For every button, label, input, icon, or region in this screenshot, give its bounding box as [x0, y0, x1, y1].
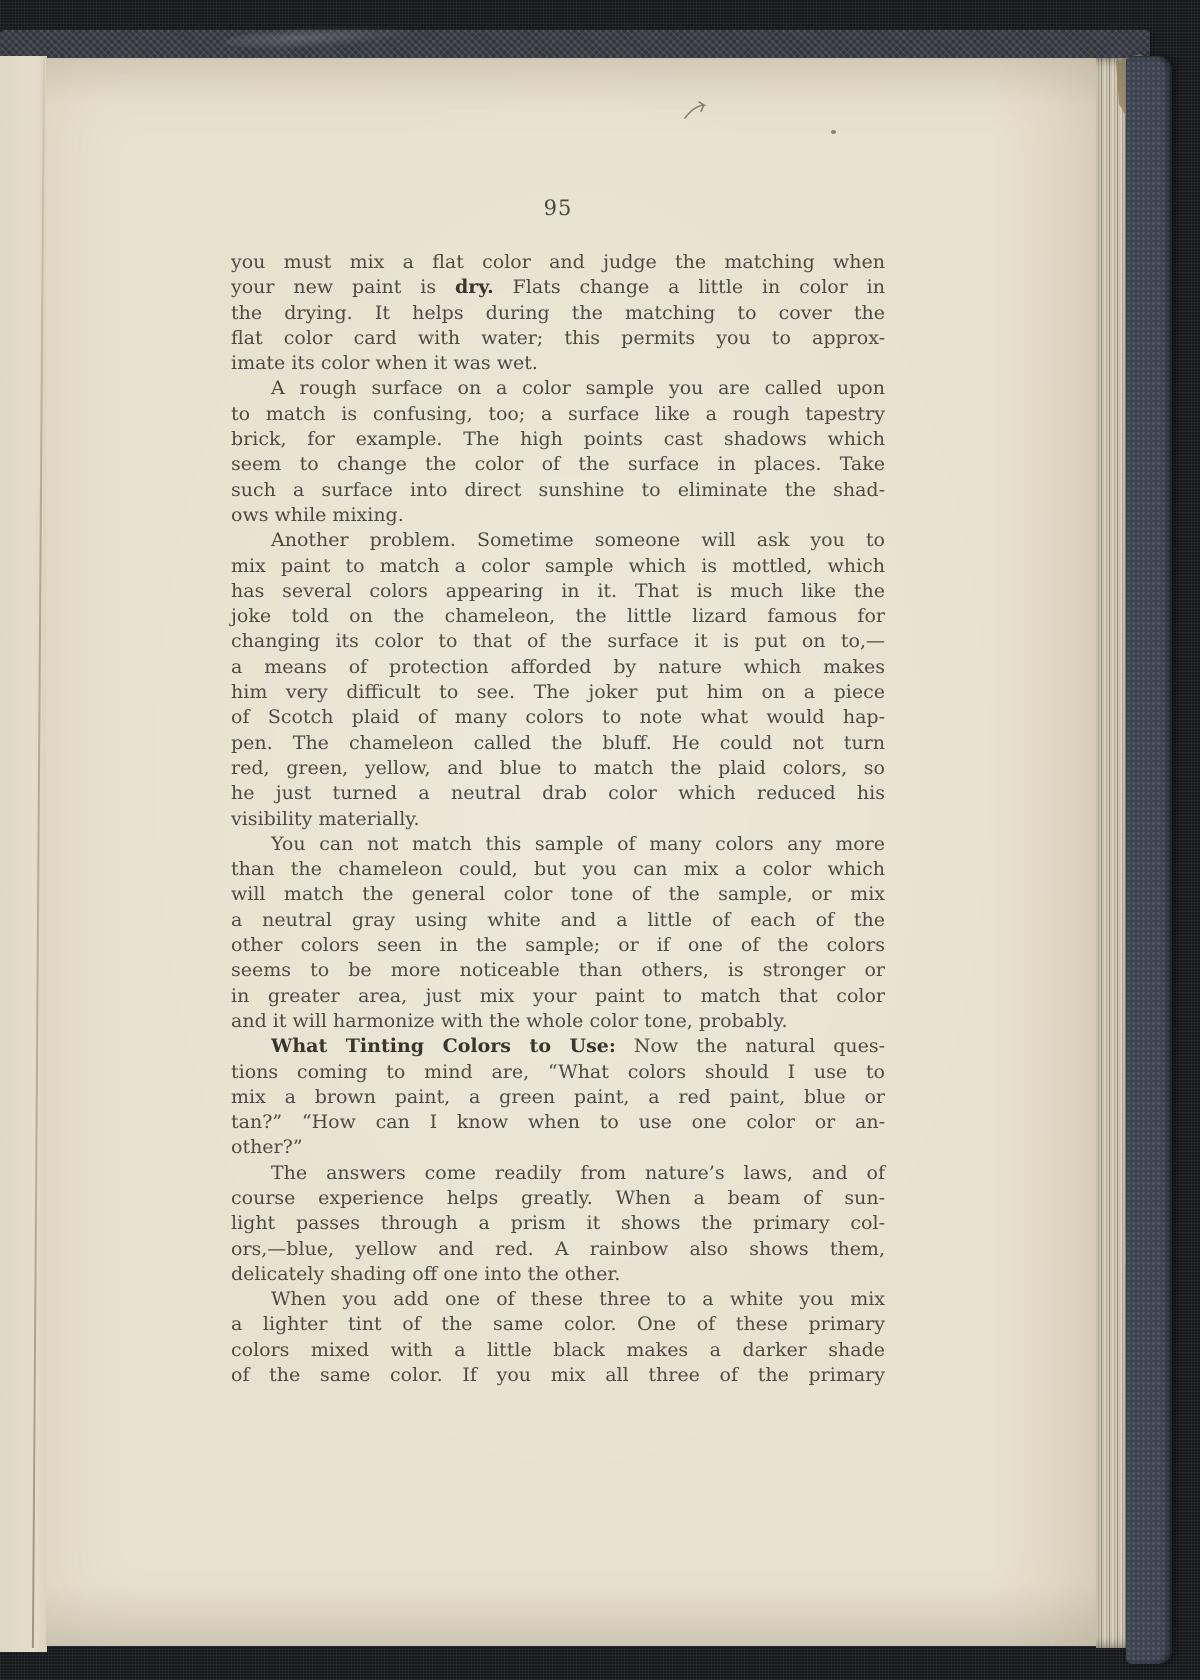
text-line: colors mixed with a little black makes a…	[231, 1338, 885, 1363]
text-line: pen. The chameleon called the bluff. He …	[231, 731, 885, 756]
ink-speck	[831, 130, 836, 134]
pencil-mark-icon	[682, 100, 712, 124]
text-line: mix paint to match a color sample which …	[231, 554, 885, 579]
text-line: will match the general color tone of the…	[231, 882, 885, 907]
text-line: When you add one of these three to a whi…	[231, 1287, 885, 1312]
text-line: red, green, yellow, and blue to match th…	[231, 756, 885, 781]
page-number: 95	[231, 196, 885, 220]
text-line: a means of protection afforded by nature…	[231, 655, 885, 680]
text-line: of Scotch plaid of many colors to note w…	[231, 705, 885, 730]
text-line: What Tinting Colors to Use: Now the natu…	[231, 1034, 885, 1059]
text-line: Another problem. Sometime someone will a…	[231, 528, 885, 553]
book-cover-right-edge	[1126, 56, 1172, 1664]
text-line: has several colors appearing in it. That…	[231, 579, 885, 604]
book-photo: { "page": { "number": "95", "paragraphs"…	[0, 0, 1200, 1680]
text-line: brick, for example. The high points cast…	[231, 427, 885, 452]
text-line: delicately shading off one into the othe…	[231, 1262, 885, 1287]
text-line: in greater area, just mix your paint to …	[231, 984, 885, 1009]
text-line: you must mix a flat color and judge the …	[231, 250, 885, 275]
text-line: a lighter tint of the same color. One of…	[231, 1312, 885, 1337]
text-line: changing its color to that of the surfac…	[231, 629, 885, 654]
text-line: other colors seen in the sample; or if o…	[231, 933, 885, 958]
text-line: such a surface into direct sunshine to e…	[231, 478, 885, 503]
text-line: A rough surface on a color sample you ar…	[231, 376, 885, 401]
text-line: ors,—blue, yellow and red. A rainbow als…	[231, 1237, 885, 1262]
text-line: other?”	[231, 1135, 885, 1160]
text-line: and it will harmonize with the whole col…	[231, 1009, 885, 1034]
facing-page-edge	[0, 56, 47, 1652]
text-line: the drying. It helps during the matching…	[231, 301, 885, 326]
text-line: seem to change the color of the surface …	[231, 452, 885, 477]
text-line: joke told on the chameleon, the little l…	[231, 604, 885, 629]
text-line: The answers come readily from nature’s l…	[231, 1161, 885, 1186]
text-line: flat color card with water; this permits…	[231, 326, 885, 351]
text-line: light passes through a prism it shows th…	[231, 1211, 885, 1236]
text-line: tan?” “How can I know when to use one co…	[231, 1110, 885, 1135]
text-line: tions coming to mind are, “What colors s…	[231, 1060, 885, 1085]
text-line: seems to be more noticeable than others,…	[231, 958, 885, 983]
text-line: him very difficult to see. The joker put…	[231, 680, 885, 705]
text-line: mix a brown paint, a green paint, a red …	[231, 1085, 885, 1110]
text-line: course experience helps greatly. When a …	[231, 1186, 885, 1211]
text-line: of the same color. If you mix all three …	[231, 1363, 885, 1388]
text-line: visibility materially.	[231, 807, 885, 832]
text-line: your new paint is dry. Flats change a li…	[231, 275, 885, 300]
page-fore-edge-stack	[1096, 58, 1126, 1648]
text-line: than the chameleon could, but you can mi…	[231, 857, 885, 882]
text-line: ows while mixing.	[231, 503, 885, 528]
text-line: imate its color when it was wet.	[231, 351, 885, 376]
text-line: he just turned a neutral drab color whic…	[231, 781, 885, 806]
text-block: you must mix a flat color and judge the …	[231, 250, 885, 1388]
text-line: to match is confusing, too; a surface li…	[231, 402, 885, 427]
text-line: a neutral gray using white and a little …	[231, 908, 885, 933]
text-line: You can not match this sample of many co…	[231, 832, 885, 857]
